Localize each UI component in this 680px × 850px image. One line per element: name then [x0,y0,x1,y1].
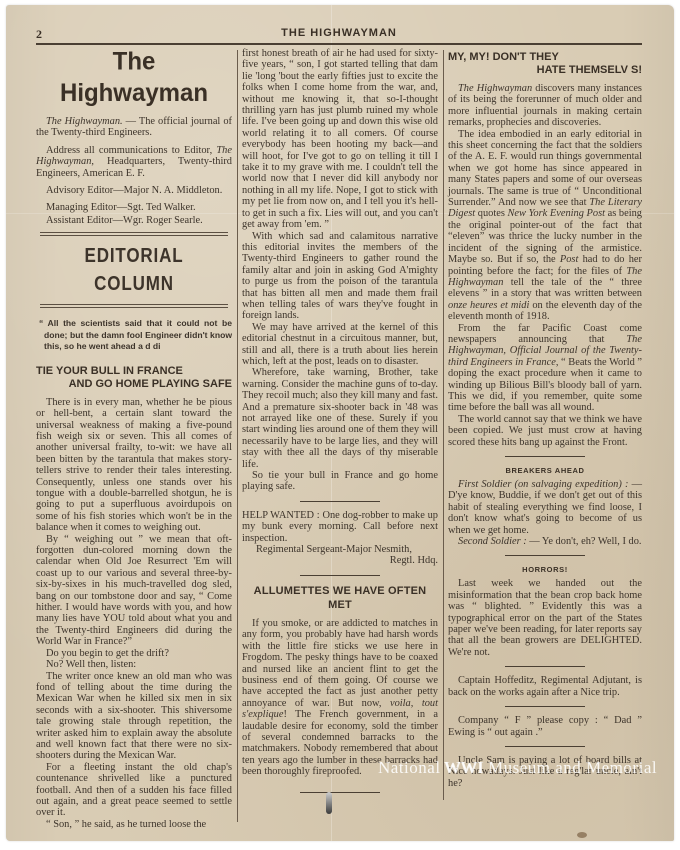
masthead-title: The Highwayman [36,47,232,110]
running-head-title: THE HIGHWAYMAN [36,27,642,39]
divider-rule [505,456,585,457]
article-paragraph: The idea embodied in an early editorial … [448,129,642,323]
section-rule [40,304,228,308]
breakers-ahead-heading: BREAKERS AHEAD [448,465,642,477]
divider-rule [505,706,585,707]
column-1: The Highwayman The Highwayman. — The off… [36,48,232,830]
article-headline-my-my: MY, MY! DON'T THEY HATE THEMSELV S! [448,51,642,77]
divider-rule [300,501,380,502]
column-divider-2 [443,50,444,800]
help-wanted-notice: HELP WANTED : One dog-robber to make up … [242,510,438,544]
article-paragraph: For a fleeting instant the old chap's co… [36,762,232,819]
divider-rule [505,746,585,747]
help-wanted-unit: Regtl. Hdq. [242,555,438,566]
masthead-intro: The Highwayman. — The official journal o… [36,116,232,139]
article-paragraph: By “ weighing out ” we mean that oft-for… [36,534,232,648]
divider-rule [505,666,585,667]
article-paragraph: The Highwayman discovers many instances … [448,83,642,129]
advisory-editor: Advisory Editor—Major N. A. Middleton. [36,185,232,196]
editorial-column-heading: EDITORIAL COLUMN [51,242,218,298]
horrors-heading: HORRORS! [448,564,642,576]
divider-rule [300,792,380,793]
article-paragraph: Wherefore, take warning, Brother, take w… [242,367,438,470]
brief-item: Captain Hoffeditz, Regimental Adjutant, … [448,675,642,698]
brief-item: Uncle Sam is paying a lot of board bills… [448,755,642,789]
masthead: The Highwayman The Highwayman. — The off… [36,48,232,226]
help-wanted-signature: Regimental Sergeant-Major Nesmith, [242,544,438,555]
dialogue-line: First Soldier (on salvaging expedition) … [448,479,642,536]
brief-item: Company “ F ” please copy : “ Dad ” Ewin… [448,715,642,738]
article-headline-bull: TIE YOUR BULL IN FRANCE AND GO HOME PLAY… [36,365,232,391]
divider-rule [505,555,585,556]
column-2: first honest breath of air he had used f… [242,48,438,801]
managing-editor: Managing Editor—Sgt. Ted Walker. [36,202,232,213]
article-paragraph: The writer once knew an old man who was … [36,671,232,762]
article-paragraph: Last week we handed out the misinformati… [448,578,642,658]
section-rule [40,232,228,236]
article-paragraph: So tie your bull in France and go home p… [242,470,438,493]
article-headline-allumettes: ALLUMETTES WE HAVE OFTEN MET [242,584,438,612]
article-paragraph: From the far Pacific Coast come newspape… [448,323,642,414]
ink-stain [577,832,587,838]
pin-hole [326,792,332,814]
assistant-editor: Assistant Editor—Wgr. Roger Searle. [36,215,232,226]
column-3: MY, MY! DON'T THEY HATE THEMSELV S! The … [448,48,642,789]
article-paragraph: With which sad and calamitous narrative … [242,231,438,322]
article-paragraph: If you smoke, or are addicted to matches… [242,618,438,778]
divider-rule [300,575,380,576]
article-paragraph: There is in every man, whether he be pio… [36,397,232,534]
masthead-address: Address all communications to Editor, Th… [36,145,232,179]
running-head: 2 THE HIGHWAYMAN [36,25,642,45]
article-paragraph: “ Son, ” he said, as he turned loose the [36,819,232,830]
article-paragraph: The world cannot say that we think we ha… [448,414,642,448]
editorial-quote: “ All the scientists said that it could … [36,318,232,353]
column-divider-1 [237,50,238,822]
article-paragraph: No? Well then, listen: [36,659,232,670]
article-paragraph: Do you begin to get the drift? [36,648,232,659]
article-paragraph: We may have arrived at the kernel of thi… [242,322,438,368]
dialogue-line: Second Soldier : — Ye don't, eh? Well, I… [448,536,642,547]
article-paragraph: first honest breath of air he had used f… [242,48,438,231]
